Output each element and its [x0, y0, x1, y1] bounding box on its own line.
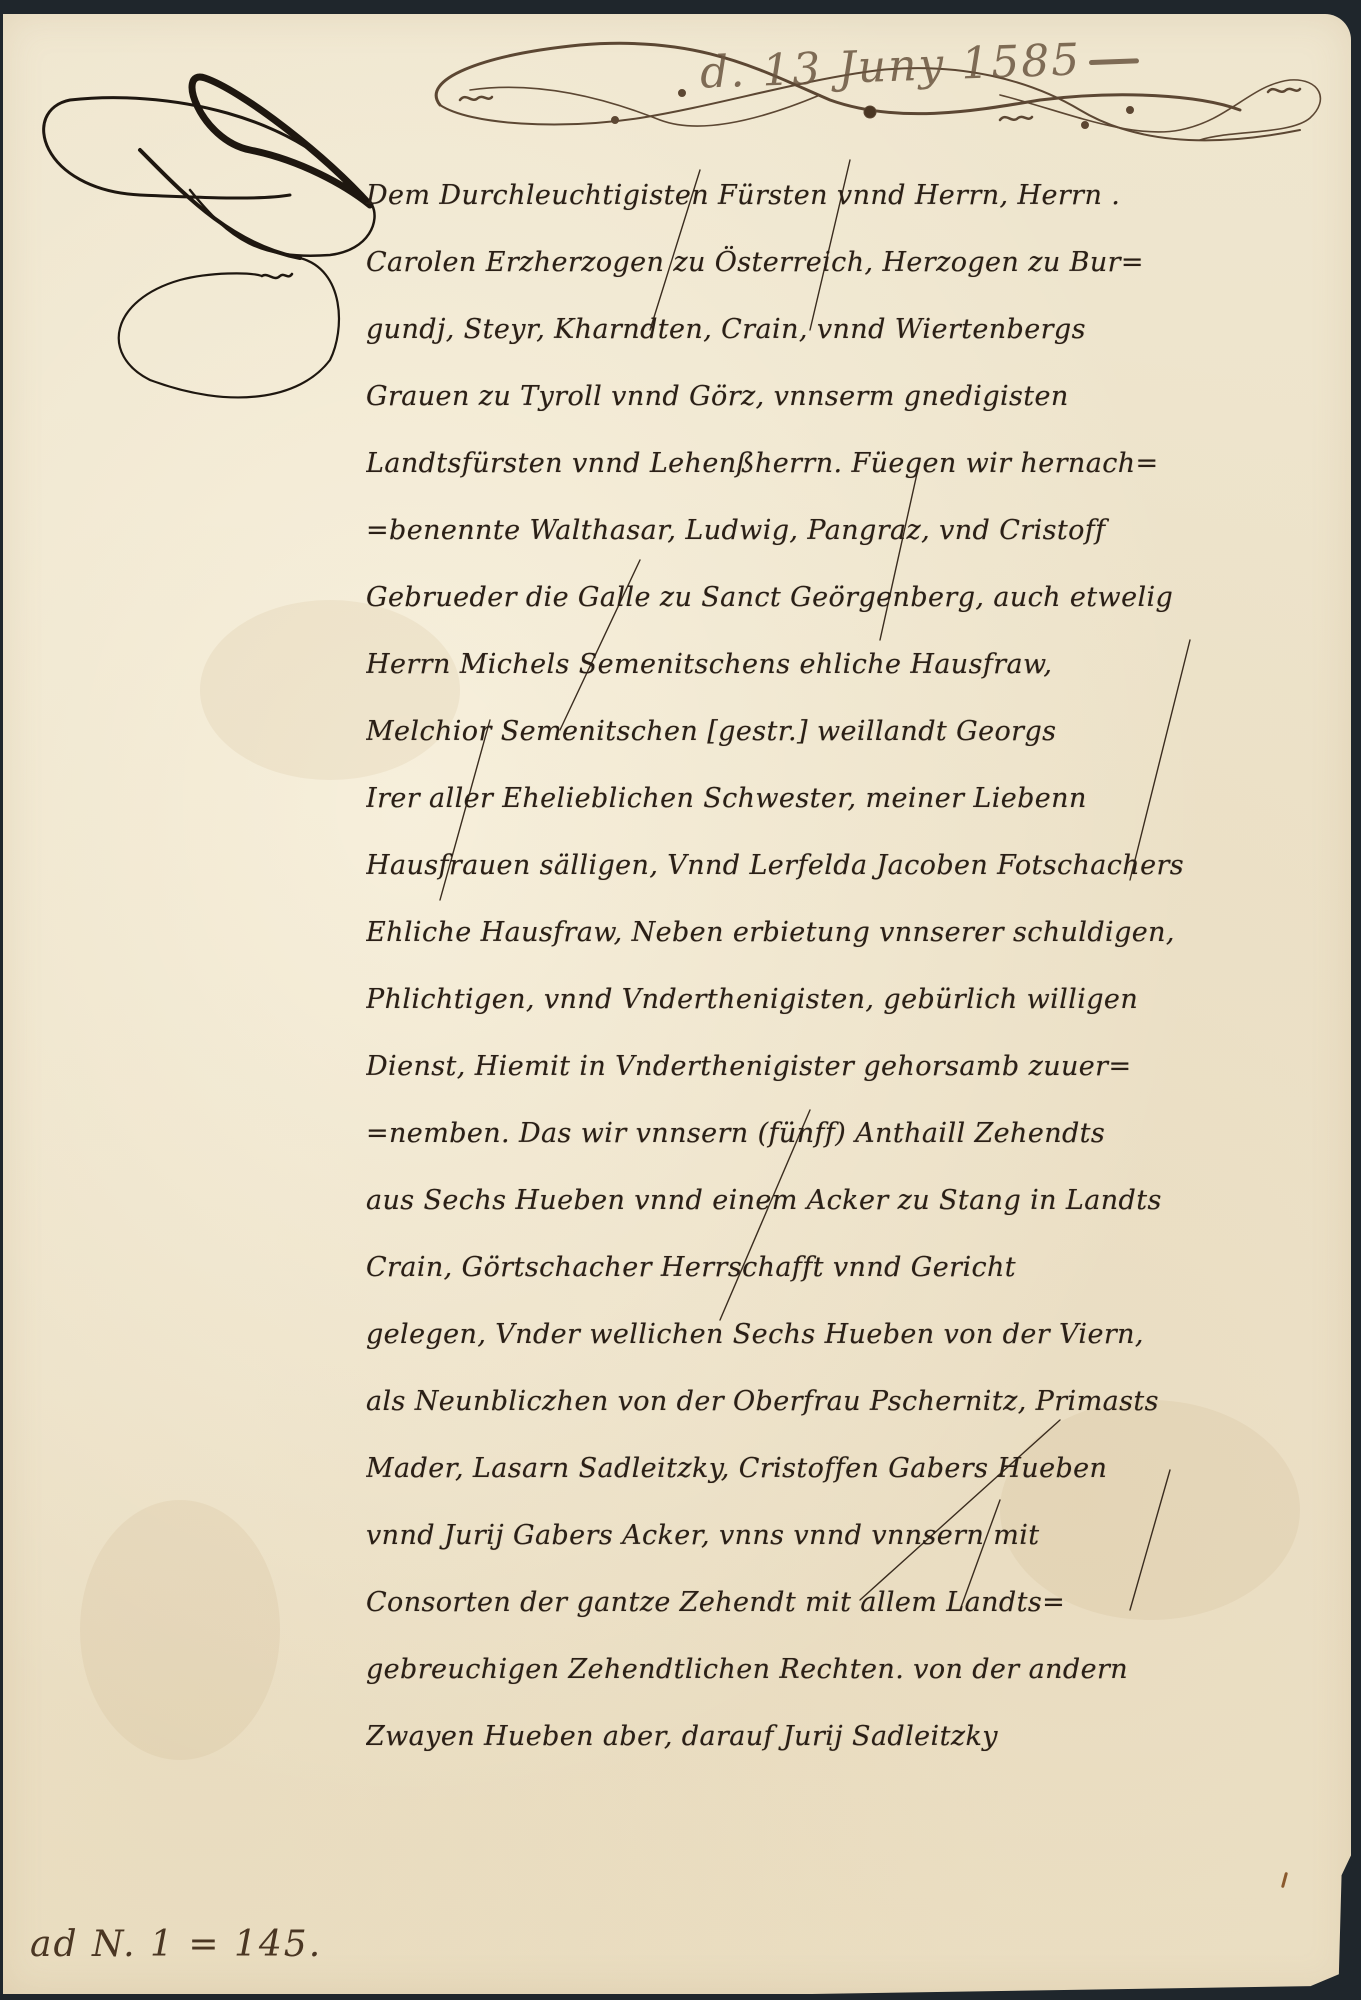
text-line: Dienst, Hiemit in Vnderthenigister gehor… [366, 1033, 1296, 1100]
text-line: Consorten der gantze Zehendt mit allem L… [366, 1569, 1296, 1636]
text-line: aus Sechs Hueben vnnd einem Acker zu Sta… [366, 1167, 1296, 1234]
text-line: Landtsfürsten vnnd Lehenßherrn. Füegen w… [366, 430, 1296, 497]
text-line: Gebrueder die Galle zu Sanct Geörgenberg… [366, 564, 1296, 631]
text-line: Carolen Erzherzogen zu Österreich, Herzo… [366, 229, 1296, 296]
archive-reference: ad N. 1 = 145. [30, 1924, 322, 1965]
text-line: Phlichtigen, vnnd Vnderthenigisten, gebü… [366, 966, 1296, 1033]
text-line: Grauen zu Tyroll vnnd Görz, vnnserm gned… [366, 363, 1296, 430]
text-line: Herrn Michels Semenitschens ehliche Haus… [366, 631, 1296, 698]
text-line: gebreuchigen Zehendtlichen Rechten. von … [366, 1636, 1296, 1703]
text-line: =nemben. Das wir vnnsern (fünff) Anthail… [366, 1100, 1296, 1167]
text-line: Irer aller Ehelieblichen Schwester, mein… [366, 765, 1296, 832]
text-line: Zwayen Hueben aber, darauf Jurij Sadleit… [366, 1703, 1296, 1770]
text-line: Hausfrauen sälligen, Vnnd Lerfelda Jacob… [366, 832, 1296, 899]
text-line: Mader, Lasarn Sadleitzky, Cristoffen Gab… [366, 1435, 1296, 1502]
text-line: Ehliche Hausfraw, Neben erbietung vnnser… [366, 899, 1296, 966]
text-line: als Neunbliczhen von der Oberfrau Pscher… [366, 1368, 1296, 1435]
text-line: gelegen, Vnder wellichen Sechs Hueben vo… [366, 1301, 1296, 1368]
date-underline [1089, 58, 1139, 65]
letter-body: Dem Durchleuchtigisten Fürsten vnnd Herr… [366, 162, 1296, 1770]
text-line: gundj, Steyr, Kharndten, Crain, vnnd Wie… [366, 296, 1296, 363]
text-line: =benennte Walthasar, Ludwig, Pangraz, vn… [366, 497, 1296, 564]
text-line: Melchior Semenitschen [gestr.] weillandt… [366, 698, 1296, 765]
text-line: Dem Durchleuchtigisten Fürsten vnnd Herr… [366, 162, 1296, 229]
text-line: Crain, Görtschacher Herrschafft vnnd Ger… [366, 1234, 1296, 1301]
text-line: vnnd Jurij Gabers Acker, vnns vnnd vnnse… [366, 1502, 1296, 1569]
